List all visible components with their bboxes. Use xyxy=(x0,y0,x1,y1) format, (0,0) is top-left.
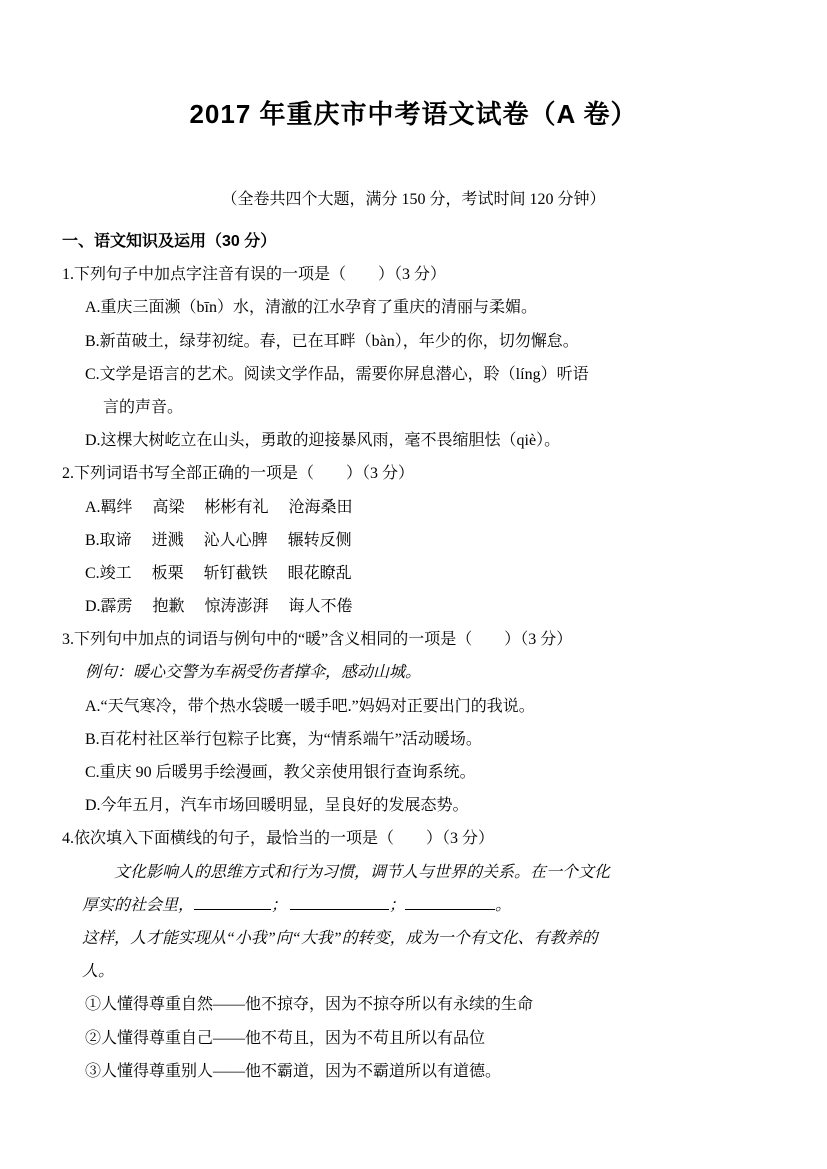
q4-item-2: ②人懂得尊重自己——他不苟且，因为不苟且所以有品位 xyxy=(62,1022,767,1055)
q4-item-1: ①人懂得尊重自然——他不掠夺，因为不掠夺所以有永续的生命 xyxy=(62,988,767,1021)
exam-body: 一、语文知识及运用（30 分） 1.下列句子中加点字注音有误的一项是（ ）（3 … xyxy=(0,225,827,1088)
q2-option-b: B.取谛 迸溅 沁人心脾 辗转反侧 xyxy=(62,524,767,557)
q3-option-d: D.今年五月，汽车市场回暖明显，呈良好的发展态势。 xyxy=(62,789,767,822)
q2-stem: 2.下列词语书写全部正确的一项是（ ）（3 分） xyxy=(62,457,767,490)
q4-item-3: ③人懂得尊重别人——他不霸道，因为不霸道所以有道德。 xyxy=(62,1055,767,1088)
q3-option-b: B.百花村社区举行包粽子比赛，为“情系端午”活动暖场。 xyxy=(62,723,767,756)
q4-blank-2 xyxy=(290,892,389,910)
q4-blank-separator-2: ； xyxy=(389,897,405,914)
q1-option-b: B.新苗破土，绿芽初绽。春，已在耳畔（bàn），年少的你，切勿懈怠。 xyxy=(62,325,767,358)
section-1-heading: 一、语文知识及运用（30 分） xyxy=(62,225,767,258)
q3-option-c: C.重庆 90 后暖男手绘漫画，教父亲使用银行查询系统。 xyxy=(62,756,767,789)
q1-option-c: C.文学是语言的艺术。阅读文学作品，需要你屏息潜心，聆（líng）听语 xyxy=(62,358,767,391)
q3-example-sentence: 例句：暖心交警为车祸受伤者撑伞，感动山城。 xyxy=(62,656,767,689)
q4-stem: 4.依次填入下面横线的句子，最恰当的一项是（ ）（3 分） xyxy=(62,822,767,855)
q4-paragraph-line2: 厚实的社会里，；；。 xyxy=(62,889,767,922)
q4-blank-1 xyxy=(194,892,271,910)
q1-option-d: D.这棵大树屹立在山头，勇敢的迎接暴风雨，毫不畏缩胆怯（qiè）。 xyxy=(62,424,767,457)
q4-blank-separator-1: ； xyxy=(271,897,287,914)
q2-option-c: C.竣工 板栗 斩钉截铁 眼花瞭乱 xyxy=(62,557,767,590)
exam-page: 2017 年重庆市中考语文试卷（A 卷） （全卷共四个大题，满分 150 分，考… xyxy=(0,0,827,1169)
q2-option-a: A.羁绊 高梁 彬彬有礼 沧海桑田 xyxy=(62,491,767,524)
q4-blank-line-prefix: 厚实的社会里， xyxy=(82,897,194,914)
q2-option-d: D.霹雳 抱歉 惊涛澎湃 诲人不倦 xyxy=(62,590,767,623)
q1-stem: 1.下列句子中加点字注音有误的一项是（ ）（3 分） xyxy=(62,258,767,291)
exam-subtitle: （全卷共四个大题，满分 150 分，考试时间 120 分钟） xyxy=(0,189,827,210)
q1-option-a: A.重庆三面濒（bīn）水，清澈的江水孕育了重庆的清丽与柔媚。 xyxy=(62,291,767,324)
q3-stem: 3.下列句中加点的词语与例句中的“暖”含义相同的一项是（ ）（3 分） xyxy=(62,623,767,656)
q1-option-c-continuation: 言的声音。 xyxy=(62,391,767,424)
q4-blank-line-end: 。 xyxy=(495,897,511,914)
q4-paragraph-line1: 文化影响人的思维方式和行为习惯，调节人与世界的关系。在一个文化 xyxy=(62,856,767,889)
exam-title: 2017 年重庆市中考语文试卷（A 卷） xyxy=(0,0,827,131)
q4-paragraph-line4: 人。 xyxy=(62,955,767,988)
q4-blank-3 xyxy=(405,892,495,910)
q3-option-a: A.“天气寒冷，带个热水袋暖一暖手吧.”妈妈对正要出门的我说。 xyxy=(62,690,767,723)
q4-paragraph-line3: 这样，人才能实现从“小我”向“大我”的转变，成为一个有文化、有教养的 xyxy=(62,922,767,955)
